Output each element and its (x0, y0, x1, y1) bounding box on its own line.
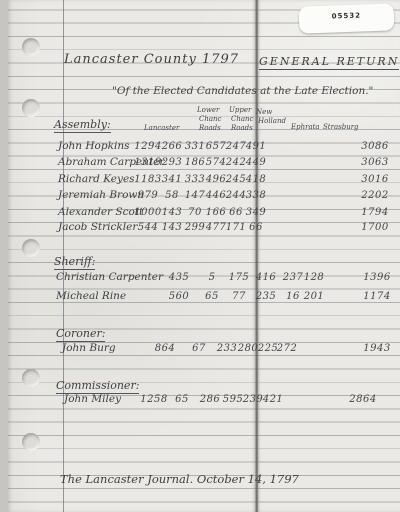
candidate-name: John Hopkins (58, 140, 129, 152)
column-header-line: Upper (229, 106, 253, 115)
office-label: Commissioner: (56, 379, 139, 394)
general-return-heading: GENERAL RETURN (259, 55, 399, 70)
vote-total: 3086 (353, 141, 397, 152)
punch-hole (22, 239, 40, 257)
punch-hole (22, 433, 40, 451)
vote-total: 2202 (353, 190, 397, 201)
office-label: Sheriff: (54, 255, 95, 270)
document-title: Lancaster County 1797 (64, 52, 239, 67)
vote-total: 3016 (353, 174, 397, 185)
candidate-name: Micheal Rine (56, 290, 126, 302)
vote-value: 449 (236, 157, 276, 168)
vote-total: 2864 (341, 394, 385, 405)
office-label: Assembly: (54, 118, 111, 133)
vote-total: 1174 (355, 291, 399, 302)
catalog-number: 05532 (332, 11, 362, 32)
vote-value: 491 (236, 141, 276, 152)
catalog-sticker: 05532 (299, 3, 395, 33)
vote-total: 3063 (353, 157, 397, 168)
column-header-line: Chanc (231, 115, 253, 124)
document-subtitle: "Of the Elected Candidates at the Late E… (112, 85, 373, 97)
vote-total: 1396 (355, 272, 399, 283)
column-header-line: Lower (197, 106, 221, 115)
column-header: UpperChancRoads (229, 106, 253, 133)
punch-hole (22, 38, 40, 56)
column-header-line: Lancaster (144, 124, 179, 133)
candidate-name: Christian Carpenter (56, 271, 163, 283)
candidate-name: Jacob Strickler (58, 221, 137, 233)
column-header-line: Chanc (199, 115, 221, 124)
column-header: LowerChancRoads (197, 106, 221, 133)
source-citation: The Lancaster Journal. October 14, 1797 (60, 472, 299, 486)
vote-value: 201 (294, 291, 334, 302)
column-header-line: Holland (258, 117, 286, 126)
vote-total: 1794 (353, 207, 397, 218)
scanned-document: 05532 Lancaster County 1797 GENERAL RETU… (0, 0, 400, 512)
column-header: NewHolland (256, 108, 286, 126)
column-header-line: Strasburg (323, 123, 359, 132)
vote-value: 272 (267, 343, 307, 354)
vote-value: 418 (236, 174, 276, 185)
column-header-line: Ephrata (291, 123, 320, 132)
candidate-name: John Burg (62, 342, 116, 354)
column-header-line: Roads (231, 124, 253, 133)
column-header-line: Roads (199, 124, 221, 133)
column-header-line: New (256, 108, 286, 117)
punch-hole (22, 369, 40, 387)
column-header: Strasburg (323, 123, 359, 132)
candidate-name: Richard Keyes (58, 173, 135, 185)
vote-value: 349 (236, 207, 276, 218)
vote-value: 128 (294, 272, 334, 283)
fold-crease (252, 0, 261, 512)
vote-value: 421 (253, 394, 293, 405)
vote-value: 338 (236, 190, 276, 201)
office-label: Coroner: (56, 327, 105, 342)
vote-total: 1943 (355, 343, 399, 354)
candidate-name: John Miley (64, 393, 121, 405)
vote-value: 66 (236, 222, 276, 233)
vote-total: 1700 (353, 222, 397, 233)
column-header: Lancaster (144, 124, 179, 133)
column-header: Ephrata (291, 123, 320, 132)
punch-hole (22, 99, 40, 117)
